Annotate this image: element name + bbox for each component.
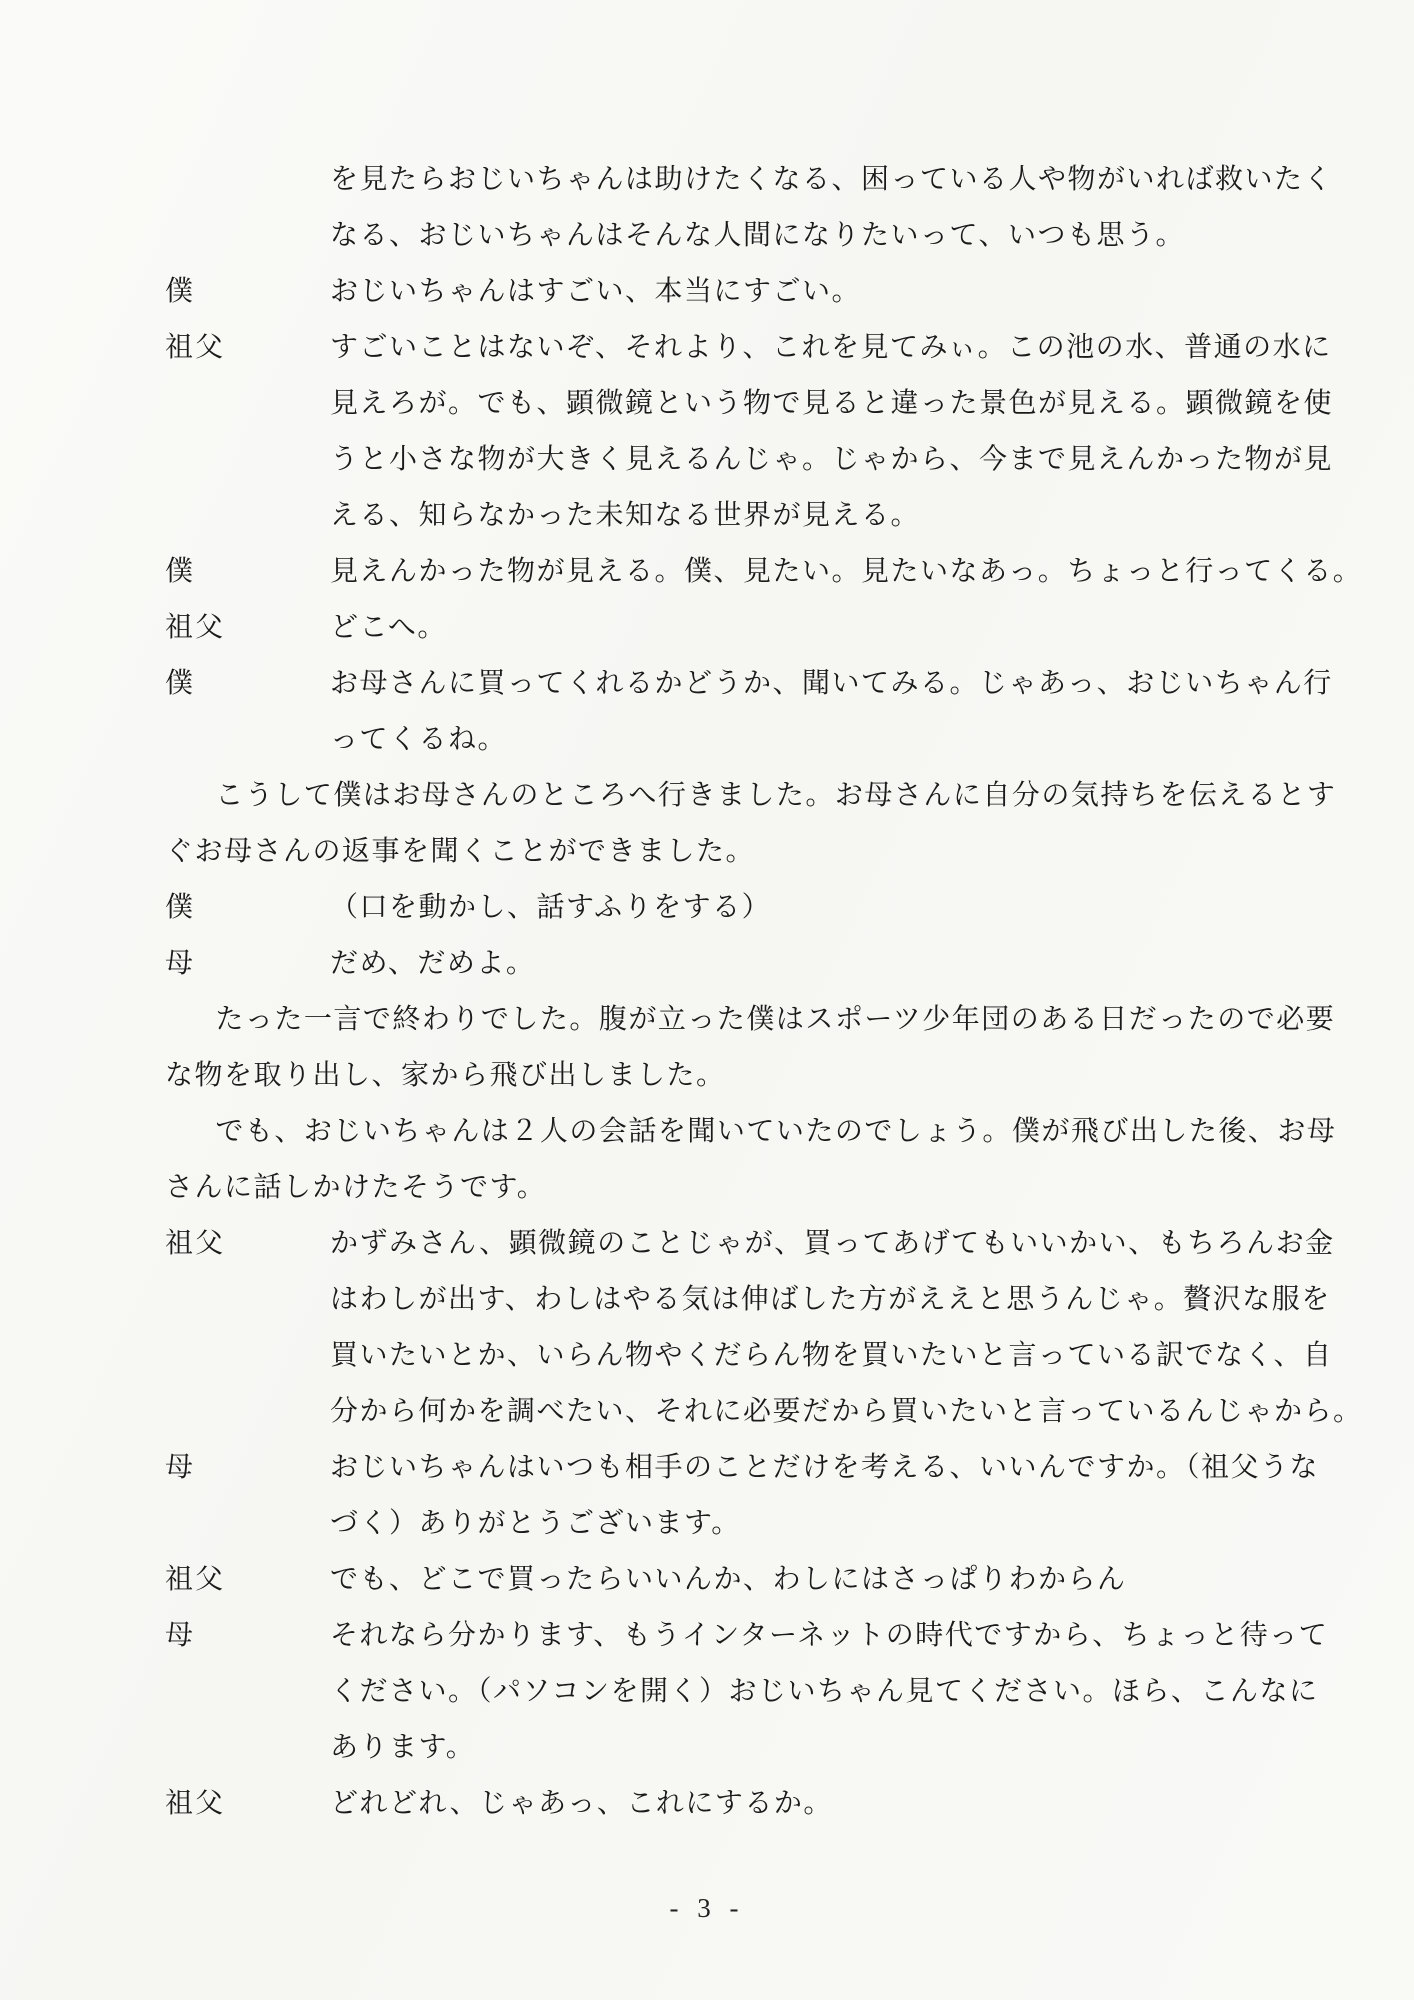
script-block: たった一言で終わりでした。腹が立った僕はスポーツ少年団のある日だったので必要な物… [165, 992, 1354, 1104]
block-lines: 見えんかった物が見える。僕、見たい。見たいなあっ。ちょっと行ってくる。 [330, 544, 1354, 600]
script-line: だめ、だめよ。 [330, 936, 1354, 992]
block-lines: だめ、だめよ。 [330, 936, 1354, 992]
script-line: でも、おじいちゃんは２人の会話を聞いていたのでしょう。僕が飛び出した後、お母 [165, 1104, 1354, 1160]
script-line: おじいちゃんはすごい、本当にすごい。 [330, 264, 1354, 320]
script-block: でも、おじいちゃんは２人の会話を聞いていたのでしょう。僕が飛び出した後、お母さん… [165, 1104, 1354, 1216]
script-line: ってくるね。 [330, 712, 1354, 768]
script-block: 祖父 かずみさん、顕微鏡のことじゃが、買ってあげてもいいかい、もちろんお金はわし… [165, 1216, 1354, 1440]
script-block: を見たらおじいちゃんは助けたくなる、困っている人や物がいれば救いたくなる、おじい… [165, 152, 1354, 264]
script-line: 分から何かを調べたい、それに必要だから買いたいと言っているんじゃから。 [330, 1384, 1354, 1440]
script-line: づく）ありがとうございます。 [330, 1496, 1354, 1552]
block-lines: を見たらおじいちゃんは助けたくなる、困っている人や物がいれば救いたくなる、おじい… [330, 152, 1354, 264]
block-lines: たった一言で終わりでした。腹が立った僕はスポーツ少年団のある日だったので必要な物… [165, 992, 1354, 1104]
speaker-label: 母 [165, 1608, 330, 1664]
script-line: なる、おじいちゃんはそんな人間になりたいって、いつも思う。 [330, 208, 1354, 264]
speaker-label: 僕 [165, 880, 330, 936]
speaker-label: 僕 [165, 264, 330, 320]
script-block: 祖父 どこへ。 [165, 600, 1354, 656]
block-lines: でも、おじいちゃんは２人の会話を聞いていたのでしょう。僕が飛び出した後、お母さん… [165, 1104, 1354, 1216]
script-block: 祖父 どれどれ、じゃあっ、これにするか。 [165, 1776, 1354, 1832]
script-line: あります。 [330, 1720, 1354, 1776]
block-lines: かずみさん、顕微鏡のことじゃが、買ってあげてもいいかい、もちろんお金はわしが出す… [330, 1216, 1354, 1440]
script-block: 僕 おじいちゃんはすごい、本当にすごい。 [165, 264, 1354, 320]
script-line: はわしが出す、わしはやる気は伸ばした方がええと思うんじゃ。贅沢な服を [330, 1272, 1354, 1328]
script-line: ぐお母さんの返事を聞くことができました。 [165, 824, 1354, 880]
speaker-label: 母 [165, 936, 330, 992]
block-lines: それなら分かります、もうインターネットの時代ですから、ちょっと待ってください。（… [330, 1608, 1354, 1776]
block-lines: お母さんに買ってくれるかどうか、聞いてみる。じゃあっ、おじいちゃん行ってくるね。 [330, 656, 1354, 768]
script-block: 母 それなら分かります、もうインターネットの時代ですから、ちょっと待ってください… [165, 1608, 1354, 1776]
script-line: える、知らなかった未知なる世界が見える。 [330, 488, 1354, 544]
speaker-label: 僕 [165, 656, 330, 712]
block-lines: おじいちゃんはいつも相手のことだけを考える、いいんですか。（祖父うなづく）ありが… [330, 1440, 1354, 1552]
script-line: どれどれ、じゃあっ、これにするか。 [330, 1776, 1354, 1832]
script-block: 僕 お母さんに買ってくれるかどうか、聞いてみる。じゃあっ、おじいちゃん行ってくる… [165, 656, 1354, 768]
script-line: 見えろが。でも、顕微鏡という物で見ると違った景色が見える。顕微鏡を使 [330, 376, 1354, 432]
speaker-label: 祖父 [165, 320, 330, 376]
block-lines: （口を動かし、話すふりをする） [330, 880, 1354, 936]
speaker-label: 祖父 [165, 600, 330, 656]
script-line: 買いたいとか、いらん物やくだらん物を買いたいと言っている訳でなく、自 [330, 1328, 1354, 1384]
block-lines: どれどれ、じゃあっ、これにするか。 [330, 1776, 1354, 1832]
script-block: こうして僕はお母さんのところへ行きました。お母さんに自分の気持ちを伝えるとすぐお… [165, 768, 1354, 880]
script-line: 見えんかった物が見える。僕、見たい。見たいなあっ。ちょっと行ってくる。 [330, 544, 1354, 600]
speaker-label: 母 [165, 1440, 330, 1496]
block-lines: おじいちゃんはすごい、本当にすごい。 [330, 264, 1354, 320]
script-line: たった一言で終わりでした。腹が立った僕はスポーツ少年団のある日だったので必要 [165, 992, 1354, 1048]
script-line: すごいことはないぞ、それより、これを見てみぃ。この池の水、普通の水に [330, 320, 1354, 376]
script-line: おじいちゃんはいつも相手のことだけを考える、いいんですか。（祖父うな [330, 1440, 1354, 1496]
page-number: - 3 - [0, 1893, 1414, 1924]
speaker-label: 僕 [165, 544, 330, 600]
document-page: を見たらおじいちゃんは助けたくなる、困っている人や物がいれば救いたくなる、おじい… [0, 0, 1414, 2000]
block-lines: どこへ。 [330, 600, 1354, 656]
block-lines: すごいことはないぞ、それより、これを見てみぃ。この池の水、普通の水に見えろが。で… [330, 320, 1354, 544]
script-line: こうして僕はお母さんのところへ行きました。お母さんに自分の気持ちを伝えるとす [165, 768, 1354, 824]
script-block: 僕 見えんかった物が見える。僕、見たい。見たいなあっ。ちょっと行ってくる。 [165, 544, 1354, 600]
script-line: ください。（パソコンを開く）おじいちゃん見てください。ほら、こんなに [330, 1664, 1354, 1720]
script-line: かずみさん、顕微鏡のことじゃが、買ってあげてもいいかい、もちろんお金 [330, 1216, 1354, 1272]
script-line: お母さんに買ってくれるかどうか、聞いてみる。じゃあっ、おじいちゃん行 [330, 656, 1354, 712]
script-line: を見たらおじいちゃんは助けたくなる、困っている人や物がいれば救いたく [330, 152, 1354, 208]
script-block: 祖父 すごいことはないぞ、それより、これを見てみぃ。この池の水、普通の水に見えろ… [165, 320, 1354, 544]
script-line: どこへ。 [330, 600, 1354, 656]
speaker-label: 祖父 [165, 1216, 330, 1272]
speaker-label: 祖父 [165, 1552, 330, 1608]
script-block: 祖父 でも、どこで買ったらいいんか、わしにはさっぱりわからん [165, 1552, 1354, 1608]
script-line: でも、どこで買ったらいいんか、わしにはさっぱりわからん [330, 1552, 1354, 1608]
script-content: を見たらおじいちゃんは助けたくなる、困っている人や物がいれば救いたくなる、おじい… [165, 152, 1354, 1832]
script-block: 僕 （口を動かし、話すふりをする） [165, 880, 1354, 936]
block-lines: こうして僕はお母さんのところへ行きました。お母さんに自分の気持ちを伝えるとすぐお… [165, 768, 1354, 880]
block-lines: でも、どこで買ったらいいんか、わしにはさっぱりわからん [330, 1552, 1354, 1608]
script-block: 母 おじいちゃんはいつも相手のことだけを考える、いいんですか。（祖父うなづく）あ… [165, 1440, 1354, 1552]
script-line: さんに話しかけたそうです。 [165, 1160, 1354, 1216]
script-line: （口を動かし、話すふりをする） [330, 880, 1354, 936]
script-line: な物を取り出し、家から飛び出しました。 [165, 1048, 1354, 1104]
script-line: それなら分かります、もうインターネットの時代ですから、ちょっと待って [330, 1608, 1354, 1664]
speaker-label: 祖父 [165, 1776, 330, 1832]
script-line: うと小さな物が大きく見えるんじゃ。じゃから、今まで見えんかった物が見 [330, 432, 1354, 488]
script-block: 母 だめ、だめよ。 [165, 936, 1354, 992]
